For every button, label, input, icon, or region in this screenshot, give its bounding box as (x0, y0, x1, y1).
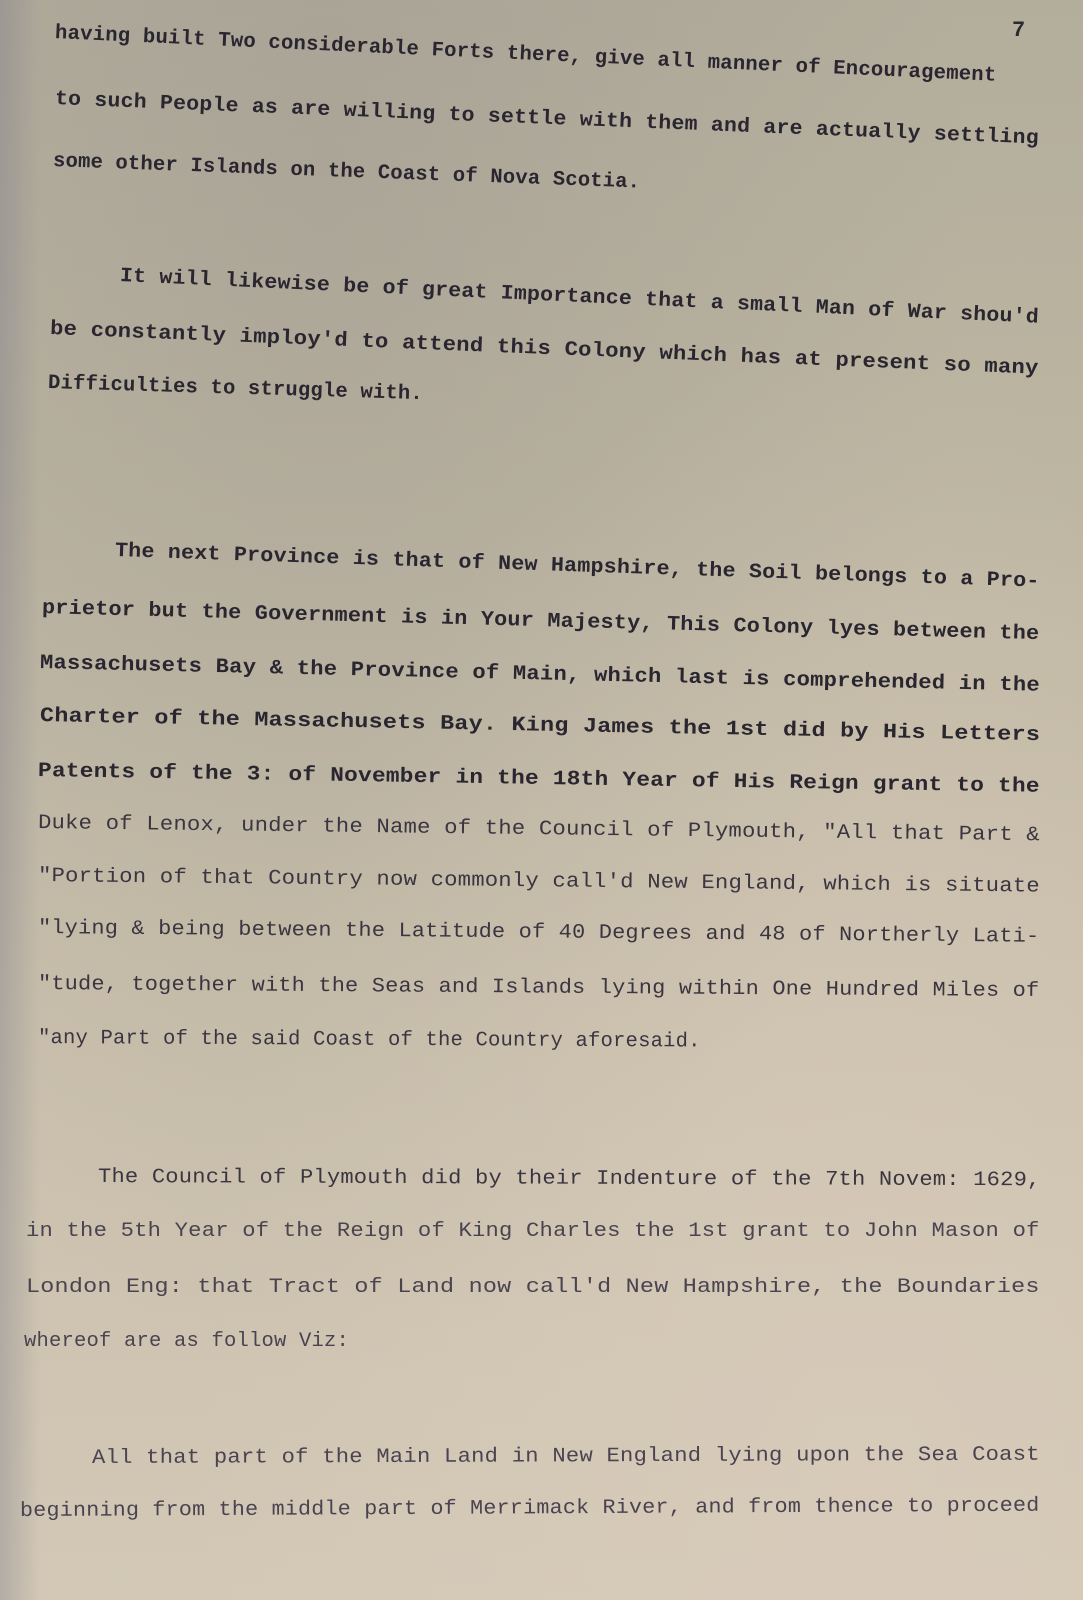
text-line: be constantly imploy'd to attend this Co… (50, 318, 1039, 381)
text-line: All that part of the Main Land in New En… (92, 1444, 1040, 1470)
text-line: beginning from the middle part of Merrim… (20, 1495, 1040, 1523)
text-line: "any Part of the said Coast of the Count… (38, 1027, 701, 1053)
text-line: prietor but the Government is in Your Ma… (42, 597, 1040, 646)
text-line: "tude, together with the Seas and Island… (38, 973, 1040, 1003)
text-line: London Eng: that Tract of Land now call'… (26, 1276, 1040, 1299)
text-line: some other Islands on the Coast of Nova … (53, 150, 641, 195)
text-line: Massachusets Bay & the Province of Main,… (40, 652, 1040, 698)
page-number: 7 (1012, 18, 1025, 43)
typewritten-page: 7 having built Two considerable Forts th… (0, 0, 1083, 1600)
text-line: "lying & being between the Latitude of 4… (38, 917, 1040, 949)
text-line: having built Two considerable Forts ther… (54, 22, 1039, 90)
text-line: The next Province is that of New Hampshi… (115, 540, 1040, 594)
text-line: to such People as are willing to settle … (55, 88, 1040, 150)
text-line: Difficulties to struggle with. (48, 372, 424, 406)
text-line: Duke of Lenox, under the Name of the Cou… (38, 812, 1040, 847)
text-line: whereof are as follow Viz: (24, 1330, 349, 1353)
text-line: It will likewise be of great Importance … (119, 265, 1039, 330)
text-line: in the 5th Year of the Reign of King Cha… (26, 1220, 1040, 1243)
text-line: Charter of the Massachusets Bay. King Ja… (40, 705, 1041, 747)
text-line: The Council of Plymouth did by their Ind… (98, 1166, 1041, 1192)
text-line: Patents of the 3: of November in the 18t… (38, 760, 1040, 799)
text-line: "Portion of that Country now commonly ca… (38, 865, 1040, 898)
